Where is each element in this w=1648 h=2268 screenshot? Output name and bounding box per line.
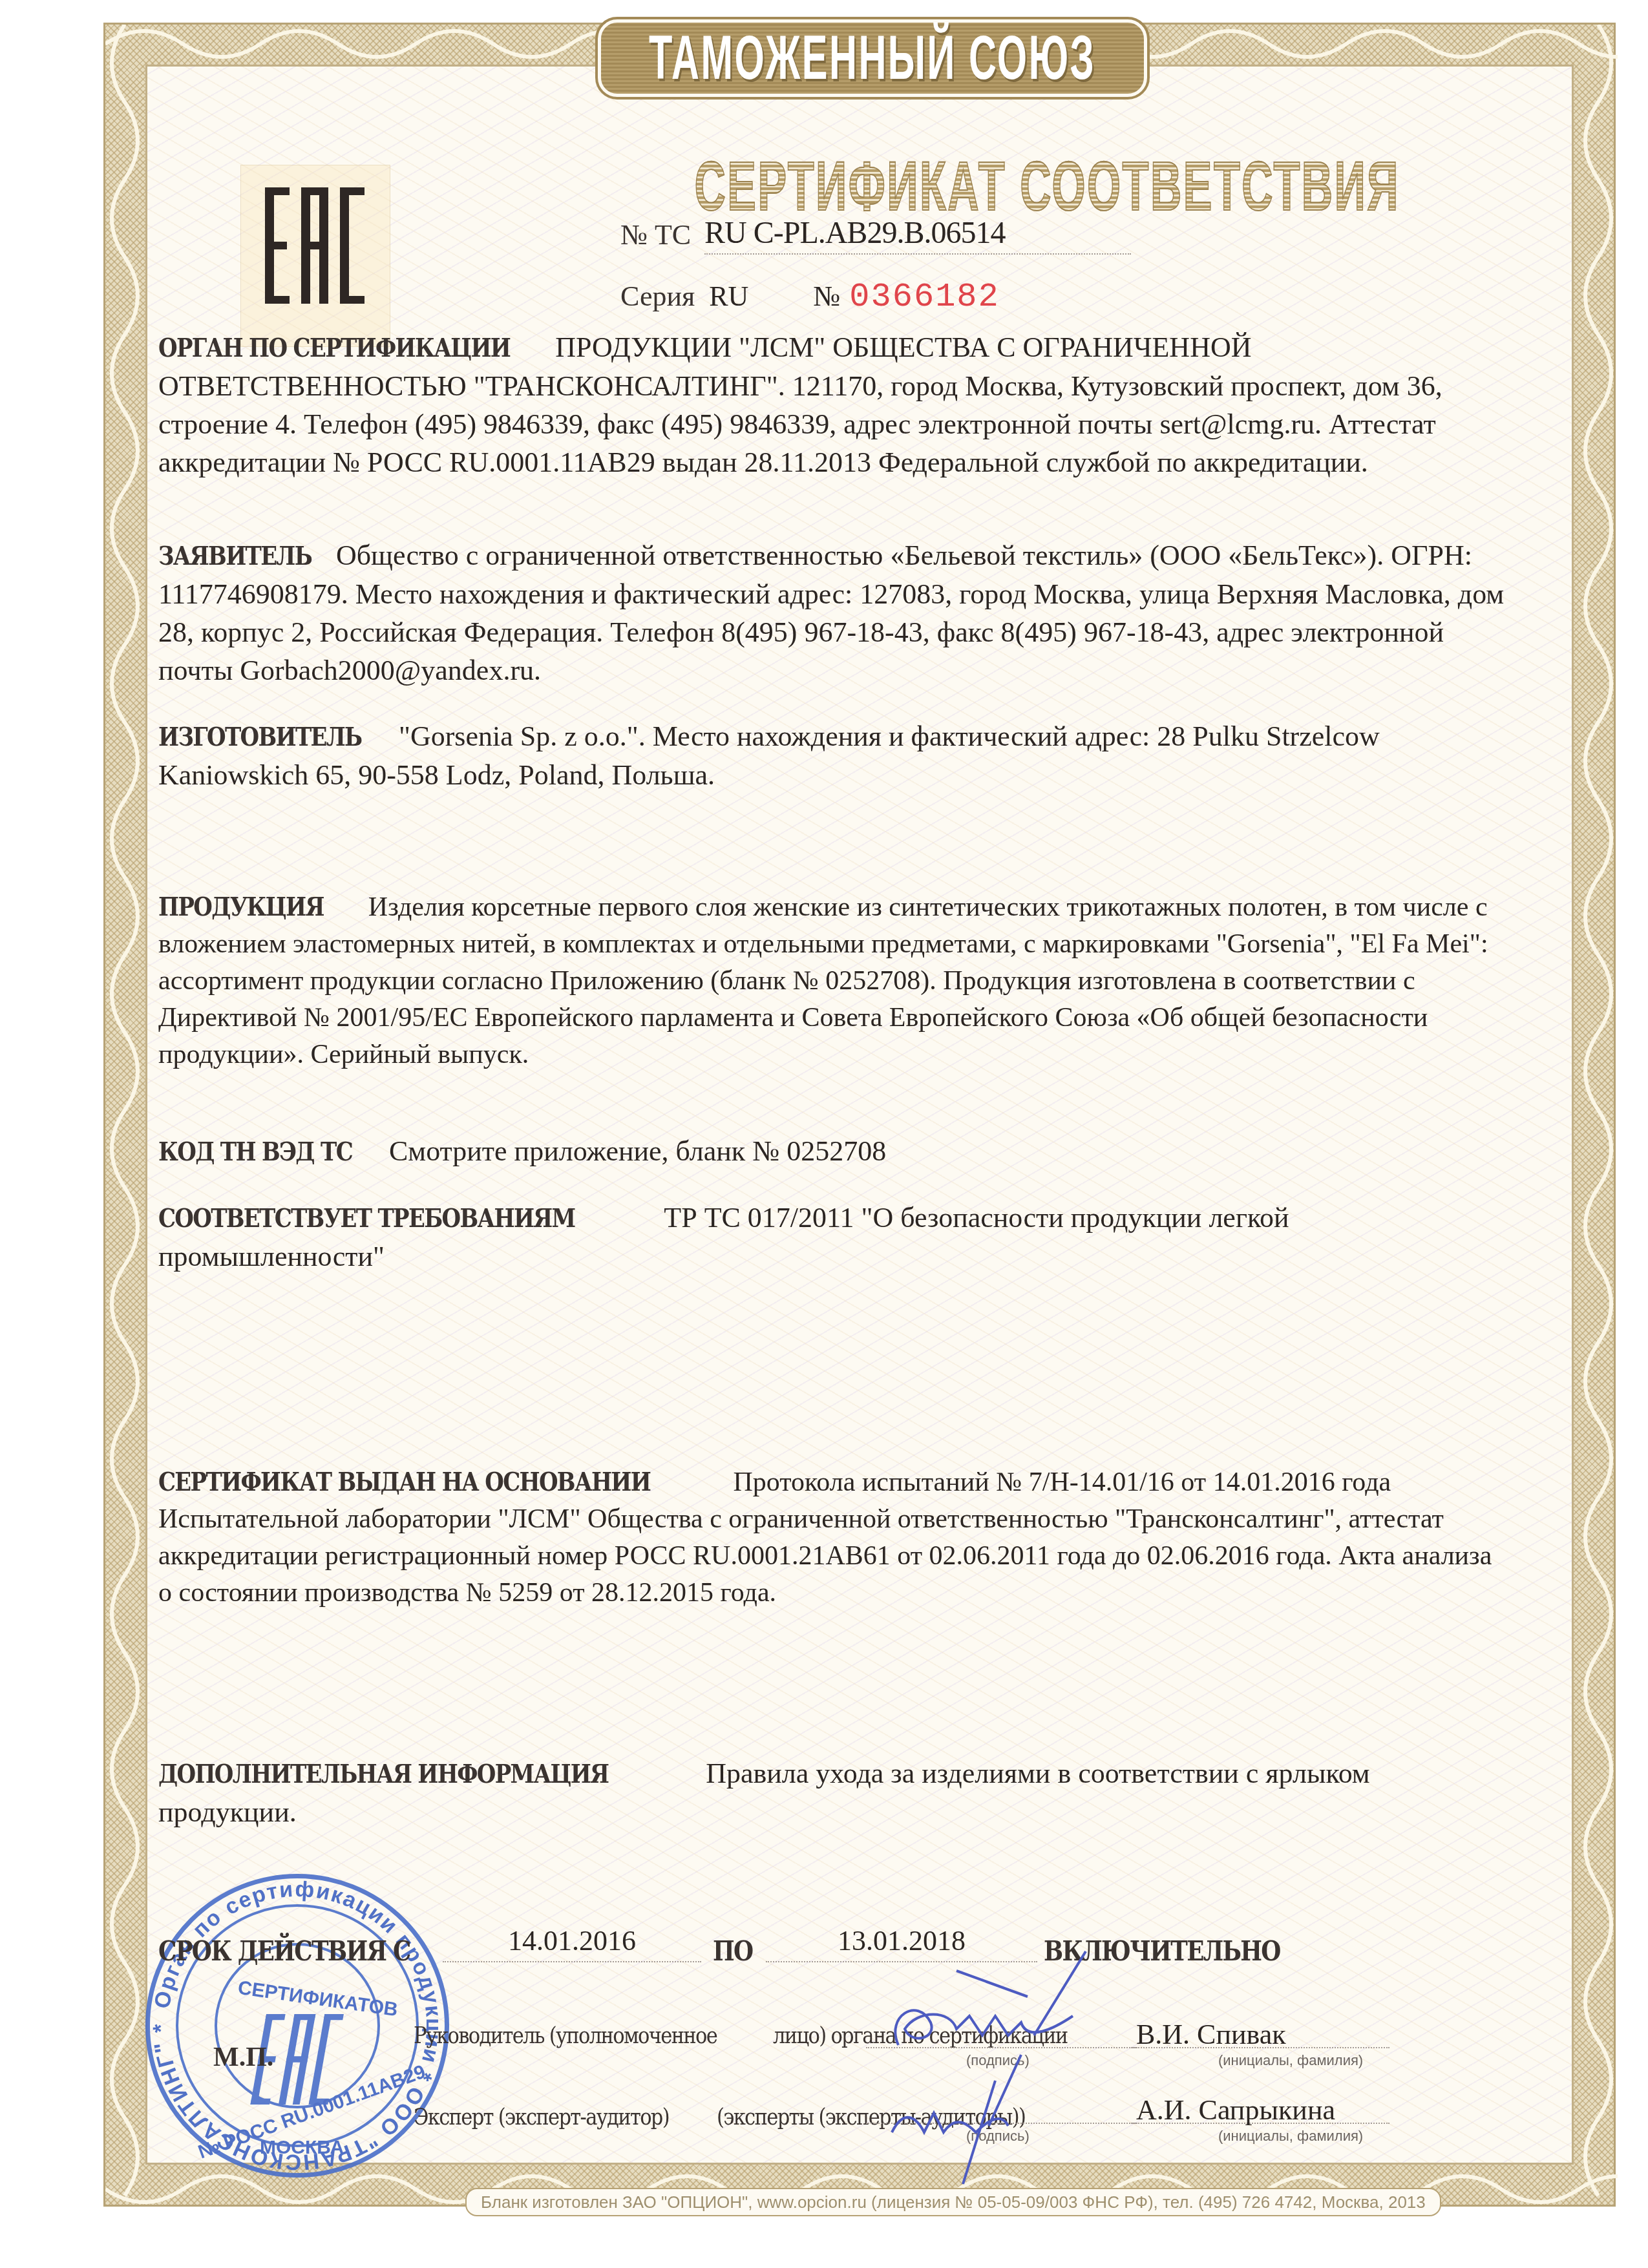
product-text: Изделия корсетные первого слоя женские и… — [158, 892, 1488, 1069]
section-additional: ДОПОЛНИТЕЛЬНАЯ ИНФОРМАЦИЯПравила ухода з… — [158, 1754, 1509, 1831]
head-label-line1: Руководитель (уполномоченное — [414, 2022, 717, 2049]
number-label: № ТС — [620, 219, 691, 251]
additional-label: ДОПОЛНИТЕЛЬНАЯ ИНФОРМАЦИЯ — [158, 1755, 608, 1793]
expert-name: А.И. Сапрыкина — [1136, 2094, 1335, 2126]
section-conforms: СООТВЕТСТВУЕТ ТРЕБОВАНИЯМТР ТС 017/2011 … — [158, 1199, 1451, 1276]
certification-body-label: ОРГАН ПО СЕРТИФИКАЦИИ — [158, 329, 510, 367]
section-certification-body: ОРГАН ПО СЕРТИФИКАЦИИПРОДУКЦИИ "ЛСМ" ОБЩ… — [158, 328, 1580, 481]
imprint-text: Бланк изготовлен ЗАО "ОПЦИОН", www.opcio… — [481, 2192, 1426, 2212]
section-hs-code: КОД ТН ВЭД ТССмотрите приложение, бланк … — [158, 1132, 1580, 1171]
series-label: Серия — [620, 278, 695, 315]
certification-seal-stamp: Орган по сертификации продукции * ООО "Т… — [145, 1874, 449, 2178]
validity-label: СРОК ДЕЙСТВИЯ С — [158, 1935, 410, 1967]
certification-body-first-line: ПРОДУКЦИИ "ЛСМ" ОБЩЕСТВА С ОГРАНИЧЕННОЙ — [555, 331, 1251, 363]
expert-signature-icon — [872, 2042, 1066, 2190]
conforms-label: СООТВЕТСТВУЕТ ТРЕБОВАНИЯМ — [158, 1199, 575, 1237]
expert-label-line1: Эксперт (эксперт-аудитор) — [414, 2104, 669, 2130]
form-imprint: Бланк изготовлен ЗАО "ОПЦИОН", www.opcio… — [465, 2188, 1441, 2216]
valid-from-date: 14.01.2016 — [508, 1925, 636, 1957]
head-name-field: В.И. Спивак — [1131, 2016, 1389, 2048]
serial-label: № — [813, 278, 840, 315]
product-label: ПРОДУКЦИЯ — [158, 888, 324, 925]
hs-code-text: Смотрите приложение, бланк № 0252708 — [389, 1135, 886, 1167]
certification-body-text: ОТВЕТСТВЕННОСТЬЮ "ТРАНСКОНСАЛТИНГ". 1211… — [158, 367, 1509, 481]
series-row: Серия RU № 0366182 — [620, 278, 1000, 316]
section-manufacturer: ИЗГОТОВИТЕЛЬ"Gorsenia Sp. z o.o.". Место… — [158, 717, 1509, 794]
seal-mark-label: М.П. — [213, 2042, 273, 2073]
serial-number: 0366182 — [849, 278, 999, 316]
eac-logo-icon — [265, 187, 368, 304]
banner-text: ТАМОЖЕННЫЙ СОЮЗ — [649, 23, 1095, 94]
certificate-number-field: RU C-PL.AB29.B.06514 — [704, 213, 1131, 255]
section-applicant: ЗАЯВИТЕЛЬОбщество с ограниченной ответст… — [158, 536, 1509, 689]
expert-name-caption: (инициалы, фамилия) — [1218, 2128, 1363, 2145]
certificate-number-row: № ТС — [620, 216, 691, 253]
head-name: В.И. Спивак — [1136, 2019, 1286, 2050]
section-product: ПРОДУКЦИЯИзделия корсетные первого слоя … — [158, 888, 1509, 1073]
valid-from-field: 14.01.2016 — [443, 1922, 701, 1962]
expert-name-field: А.И. Сапрыкина — [1131, 2092, 1389, 2124]
customs-union-banner: ТАМОЖЕННЫЙ СОЮЗ — [598, 19, 1147, 97]
certificate-number: RU C-PL.AB29.B.06514 — [704, 216, 1005, 250]
section-basis: СЕРТИФИКАТ ВЫДАН НА ОСНОВАНИИПротокола и… — [158, 1464, 1509, 1612]
head-name-caption: (инициалы, фамилия) — [1218, 2052, 1363, 2069]
hs-code-label: КОД ТН ВЭД ТС — [158, 1133, 352, 1171]
basis-label: СЕРТИФИКАТ ВЫДАН НА ОСНОВАНИИ — [158, 1464, 650, 1500]
series-value: RU — [709, 278, 748, 315]
applicant-label: ЗАЯВИТЕЛЬ — [158, 537, 312, 575]
manufacturer-label: ИЗГОТОВИТЕЛЬ — [158, 718, 361, 756]
applicant-text: Общество с ограниченной ответственностью… — [158, 540, 1504, 686]
stamp-city: МОСКВА — [260, 2137, 344, 2159]
valid-to-label: ПО — [713, 1935, 752, 1967]
